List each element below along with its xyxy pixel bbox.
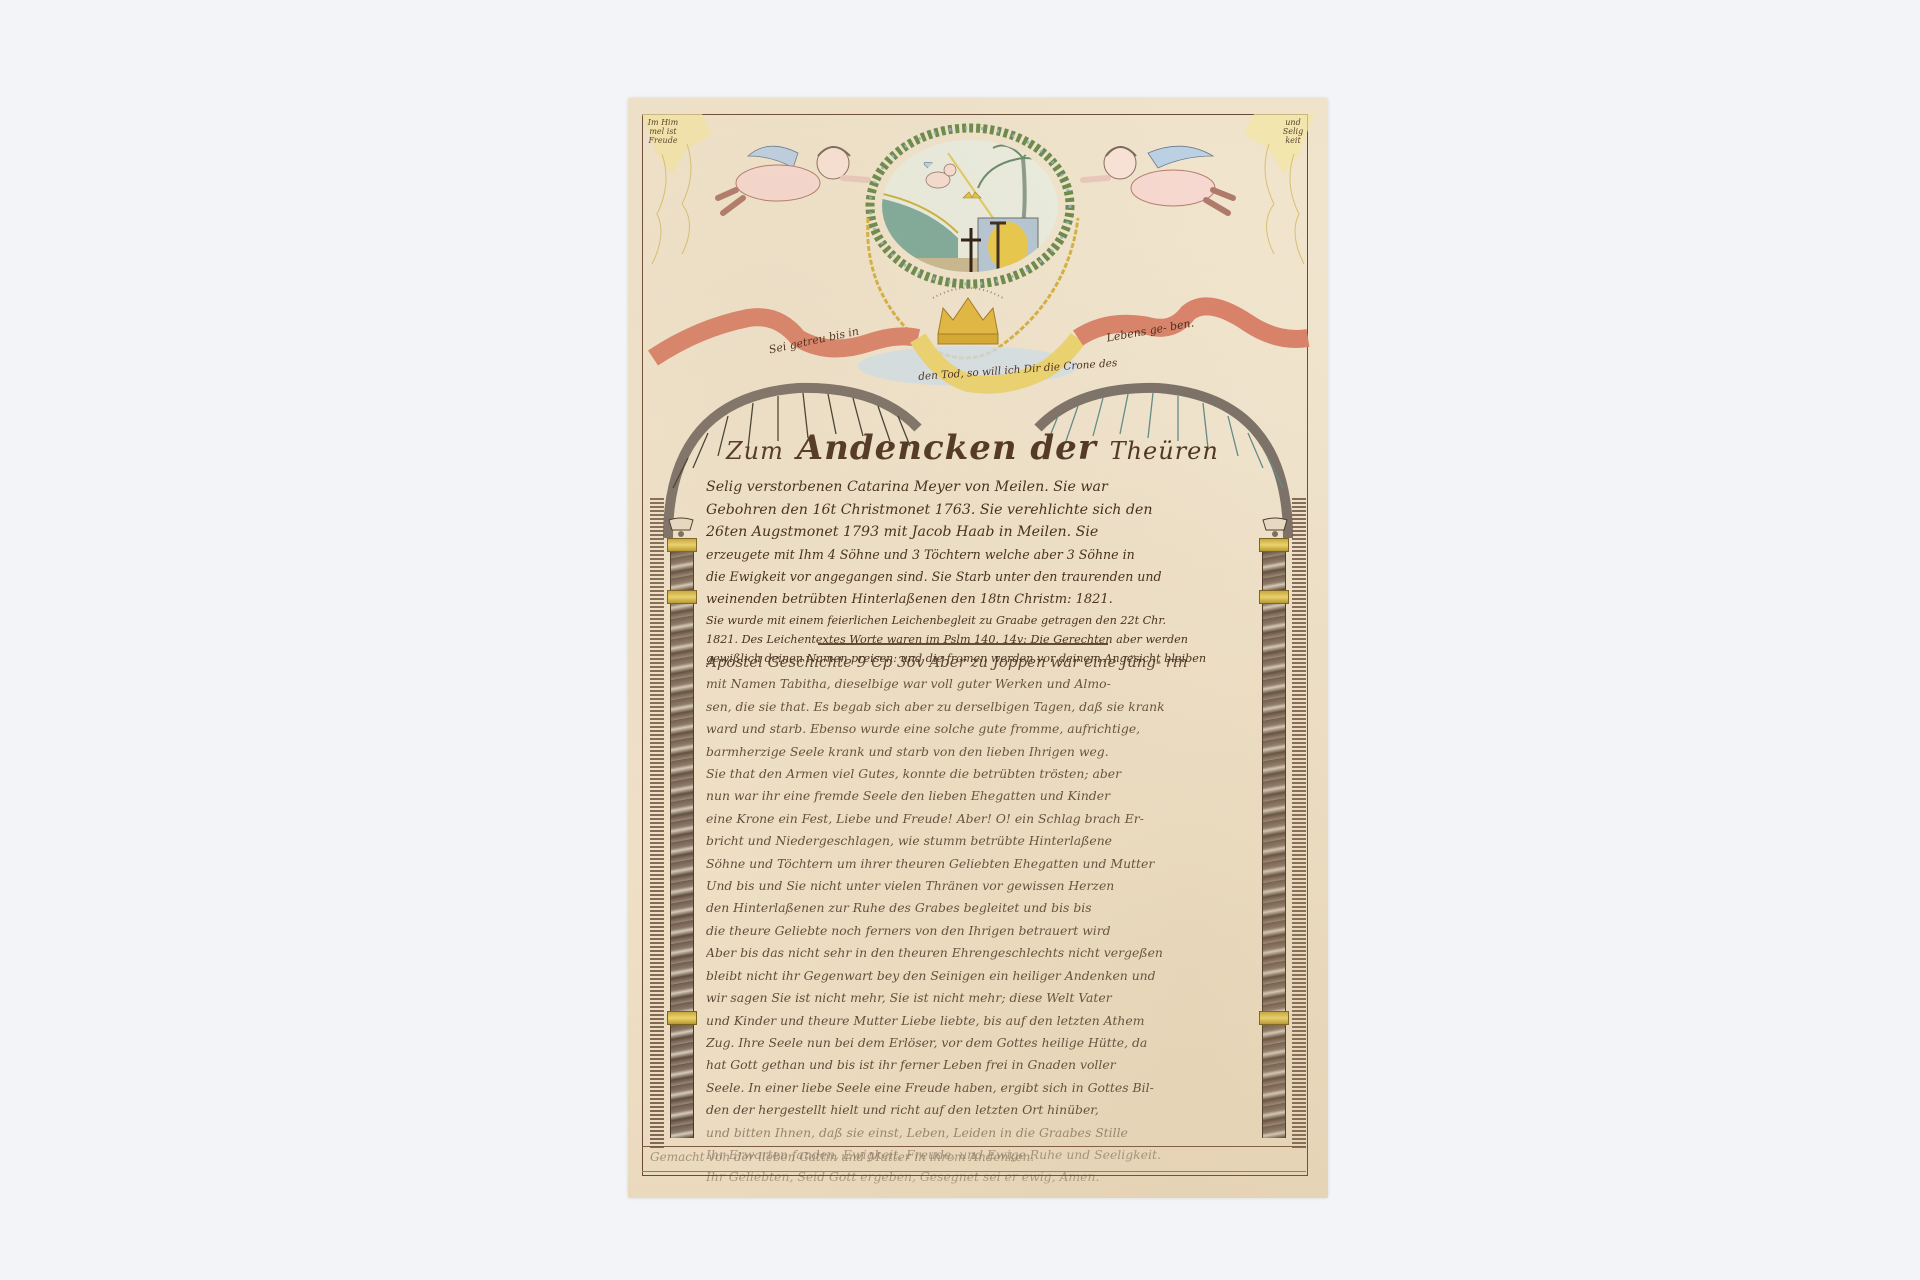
inscription-line: Gebohren den 16t Christmonet 1763. Sie v… xyxy=(706,499,1251,522)
inscription-line: 26ten Augstmonet 1793 mit Jacob Haab in … xyxy=(706,521,1251,544)
inscription-line: Selig verstorbenen Catarina Meyer von Me… xyxy=(706,476,1251,499)
inscription-line: weinenden betrübten Hinterlaßenen den 18… xyxy=(706,589,1251,612)
eulogy-line: wir sagen Sie ist nicht mehr, Sie ist ni… xyxy=(706,987,1251,1009)
right-column-capital-icon xyxy=(1260,516,1290,538)
left-column xyxy=(670,538,694,1138)
right-column-gold-band-mid xyxy=(1259,590,1289,604)
eulogy-line: den Hinterlaßenen zur Ruhe des Grabes be… xyxy=(706,897,1251,919)
footer-rule-top xyxy=(642,1146,1306,1147)
eulogy-line: bricht und Niedergeschlagen, wie stumm b… xyxy=(706,830,1251,852)
eulogy-line: Zug. Ihre Seele nun bei dem Erlöser, vor… xyxy=(706,1032,1251,1054)
eulogy-line: sen, die sie that. Es begab sich aber zu… xyxy=(706,696,1251,718)
title-prefix: Zum xyxy=(726,437,784,465)
handwritten-eulogy: Apostel Geschichte 9 Cp 36v Aber zu Jopp… xyxy=(706,651,1251,1189)
inscription-line: die Ewigkeit vor angegangen sind. Sie St… xyxy=(706,566,1251,589)
eulogy-line: und bitten Ihnen, daß sie einst, Leben, … xyxy=(706,1122,1251,1144)
eulogy-line: die theure Geliebte noch ferners von den… xyxy=(706,920,1251,942)
eulogy-line: und Kinder und theure Mutter Liebe liebt… xyxy=(706,1010,1251,1032)
right-column-gold-band-top xyxy=(1259,538,1289,552)
eulogy-line: mit Namen Tabitha, dieselbige war voll g… xyxy=(706,673,1251,695)
left-column-gold-band-top xyxy=(667,538,697,552)
eulogy-line: Apostel Geschichte 9 Cp 36v Aber zu Jopp… xyxy=(706,651,1251,673)
certificate-title: Zum Andencken der Theüren xyxy=(726,428,1226,468)
title-suffix: Theüren xyxy=(1110,437,1219,465)
eulogy-line: eine Krone ein Fest, Liebe und Freude! A… xyxy=(706,808,1251,830)
memorial-certificate-paper: Im Him mel ist Freude und Selig keit xyxy=(628,98,1328,1198)
crown-icon xyxy=(933,288,1003,344)
eulogy-line: hat Gott gethan und bis ist ihr ferner L… xyxy=(706,1054,1251,1076)
eulogy-line: Und bis und Sie nicht unter vielen Thrän… xyxy=(706,875,1251,897)
eulogy-line: Seele. In einer liebe Seele eine Freude … xyxy=(706,1077,1251,1099)
right-hatched-border xyxy=(1292,498,1306,1148)
inscription-line: Sie wurde mit einem feierlichen Leichenb… xyxy=(706,611,1251,630)
title-main: Andencken der xyxy=(797,428,1097,468)
cherub-right-icon xyxy=(1083,146,1233,213)
eulogy-line: bleibt nicht ihr Gegenwart bey den Seini… xyxy=(706,965,1251,987)
cherub-left-icon xyxy=(718,146,868,213)
inscription-line: 1821. Des Leichentextes Worte waren im P… xyxy=(706,630,1251,649)
footer-inscription: Gemacht von der lieben Gattin und Mutter… xyxy=(650,1150,1034,1164)
eulogy-line: den der hergestellt hielt und richt auf … xyxy=(706,1099,1251,1121)
footer-rule-bottom xyxy=(642,1171,1306,1172)
eulogy-line: Aber bis das nicht sehr in den theuren E… xyxy=(706,942,1251,964)
section-divider xyxy=(818,643,1108,645)
eulogy-line: ward und starb. Ebenso wurde eine solche… xyxy=(706,718,1251,740)
left-column-gold-band-mid xyxy=(667,590,697,604)
eulogy-line: barmherzige Seele krank und starb von de… xyxy=(706,741,1251,763)
eulogy-line: Ihr Geliebten, Seid Gott ergeben, Gesegn… xyxy=(706,1166,1251,1188)
inscription-line: erzeugete mit Ihm 4 Söhne und 3 Töchtern… xyxy=(706,544,1251,567)
left-hatched-border xyxy=(650,498,664,1148)
right-column-gold-band-low xyxy=(1259,1011,1289,1025)
eulogy-line: Söhne und Töchtern um ihrer theuren Geli… xyxy=(706,853,1251,875)
eulogy-line: Sie that den Armen viel Gutes, konnte di… xyxy=(706,763,1251,785)
right-column xyxy=(1262,538,1286,1138)
memorial-inscription: Selig verstorbenen Catarina Meyer von Me… xyxy=(706,476,1251,668)
left-column-capital-icon xyxy=(666,516,696,538)
left-column-gold-band-low xyxy=(667,1011,697,1025)
eulogy-line: nun war ihr eine fremde Seele den lieben… xyxy=(706,785,1251,807)
